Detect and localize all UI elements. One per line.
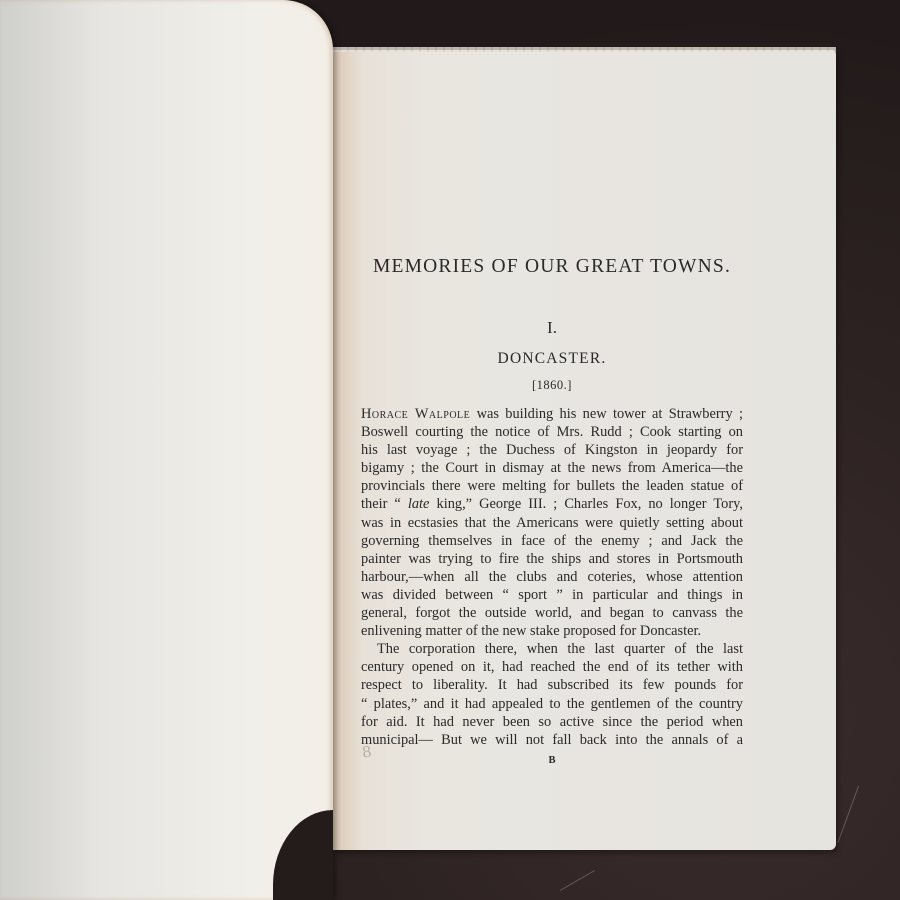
signature-mark: B [361,755,743,766]
opening-small-caps: Horace Walpole [361,406,470,422]
text-line: “ plates,” and it had appealed to the ge… [361,695,743,713]
text-line: provincials there were melting for bulle… [361,477,743,495]
text-line: Boswell courting the notice of Mrs. Rudd… [361,423,743,441]
table-scratch [838,786,859,843]
text-line: enlivening matter of the new stake propo… [361,622,743,640]
text-line: their “ late king,” George III. ; Charle… [361,495,743,513]
text-line: was in ecstasies that the Americans were… [361,514,743,532]
page-deckle-edge [333,47,836,52]
text-line: municipal— But we will not fall back int… [361,731,743,749]
text-line: Horace Walpole was building his new towe… [361,405,743,423]
left-page-blank [0,0,333,900]
chapter-date: [1860.] [361,378,743,393]
page-curl-shadow [273,810,333,900]
book-title: MEMORIES OF OUR GREAT TOWNS. [361,256,743,278]
photo-scene: MEMORIES OF OUR GREAT TOWNS. I. DONCASTE… [0,0,900,900]
table-scratch [560,870,595,891]
page-content: MEMORIES OF OUR GREAT TOWNS. I. DONCASTE… [361,250,743,766]
text-line: respect to liberality. It had subscribed… [361,676,743,694]
text-line: painter was trying to fire the ships and… [361,550,743,568]
text-line: century opened on it, had reached the en… [361,658,743,676]
text-line: bigamy ; the Court in dismay at the news… [361,459,743,477]
text-line: for aid. It had never been so active sin… [361,713,743,731]
text-line: his last voyage ; the Duchess of Kingsto… [361,441,743,459]
chapter-number: I. [361,318,743,338]
body-text: Horace Walpole was building his new towe… [361,405,743,749]
text-line: general, forgot the outside world, and b… [361,604,743,622]
chapter-title: DONCASTER. [361,350,743,368]
text-line: was divided between “ sport ” in particu… [361,586,743,604]
text-line: The corporation there, when the last qua… [361,640,743,658]
text-line: governing themselves in face of the enem… [361,532,743,550]
italic-word: late [408,496,430,512]
text-line: harbour,—when all the clubs and coteries… [361,568,743,586]
